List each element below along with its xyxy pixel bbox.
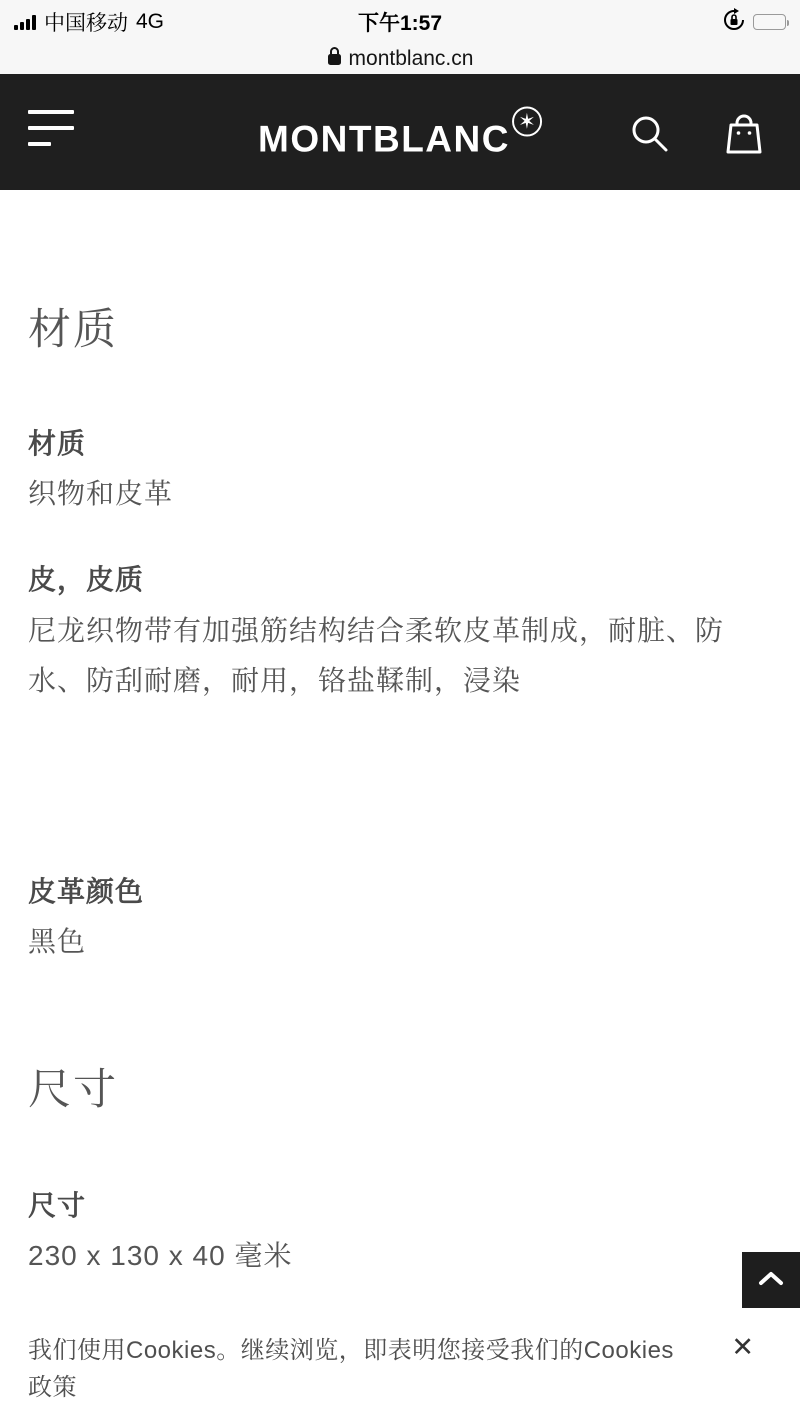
- logo-wordmark: MONTBLANC: [258, 107, 510, 158]
- chevron-up-icon: [758, 1270, 784, 1291]
- signal-strength-icon: [14, 15, 36, 30]
- lock-icon: [327, 46, 342, 72]
- url-domain-label: montblanc.cn: [349, 47, 474, 71]
- site-header: MONTBLANC ✶: [0, 74, 800, 190]
- montblanc-star-emblem-icon: ✶: [512, 107, 542, 137]
- hamburger-menu-icon[interactable]: [28, 110, 76, 158]
- material-label: 材质: [28, 422, 86, 462]
- carrier-label: 中国移动: [44, 7, 128, 37]
- montblanc-logo[interactable]: MONTBLANC ✶: [258, 107, 542, 158]
- battery-icon: [753, 14, 786, 30]
- statusbar-area: 中国移动 4G 下午1:57 montblanc: [0, 0, 800, 74]
- safari-url-bar[interactable]: montblanc.cn: [0, 44, 800, 74]
- materials-section-title: 材质: [28, 296, 118, 357]
- back-to-top-button[interactable]: [742, 1252, 800, 1308]
- product-details-section: 材质 材质 织物和皮革 皮，皮质 尼龙织物带有加强筋结构结合柔软皮革制成，耐脏、…: [0, 190, 800, 1422]
- network-type-label: 4G: [136, 10, 164, 34]
- close-icon[interactable]: ✕: [731, 1332, 754, 1363]
- ios-status-bar: 中国移动 4G 下午1:57: [0, 0, 800, 44]
- dimensions-value: 230 x 130 x 40 毫米: [28, 1234, 292, 1274]
- material-value: 织物和皮革: [28, 472, 173, 512]
- leather-description: 尼龙织物带有加强筋结构结合柔软皮革制成，耐脏、防水、防刮耐磨，耐用，铬盐鞣制，浸…: [28, 606, 754, 706]
- search-icon[interactable]: [627, 112, 671, 156]
- cookie-message: 我们使用Cookies。继续浏览，即表明您接受我们的Cookies政策: [28, 1332, 683, 1406]
- cookie-banner: 我们使用Cookies。继续浏览，即表明您接受我们的Cookies政策 ✕: [0, 1308, 800, 1422]
- dimensions-label: 尺寸: [28, 1184, 86, 1224]
- dimensions-section-title: 尺寸: [28, 1056, 118, 1117]
- orientation-lock-icon: [722, 8, 746, 37]
- leather-color-value: 黑色: [28, 920, 86, 960]
- leather-type-label: 皮，皮质: [28, 558, 144, 598]
- leather-color-label: 皮革颜色: [28, 870, 144, 910]
- shopping-bag-icon[interactable]: [722, 112, 766, 156]
